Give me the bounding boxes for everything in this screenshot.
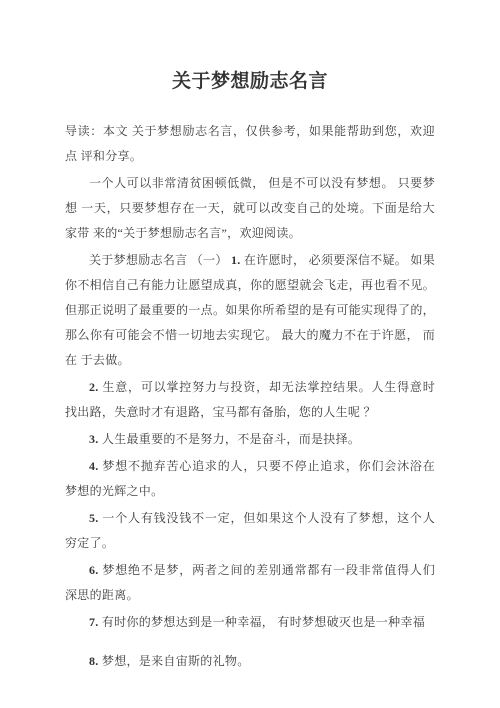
item-number: 2.: [89, 380, 99, 394]
paragraph: 5. 一个人有钱没钱不一定，但如果这个人没有了梦想，这个人 穷定了。: [65, 506, 435, 556]
paragraph-text: 一个人有钱没钱不一定，但如果这个人没有了梦想，这个人 穷定了。: [65, 511, 435, 550]
item-number: 3.: [89, 432, 99, 446]
paragraph: 6. 梦想绝不是梦，两者之间的差别通常都有一段非常值得人们 深思的距离。: [65, 558, 435, 608]
item-number: 5.: [89, 511, 99, 525]
paragraph: 3. 人生最重要的不是努力，不是奋斗，而是抉择。: [65, 427, 435, 452]
paragraph-text: 梦想绝不是梦，两者之间的差别通常都有一段非常值得人们 深思的距离。: [65, 563, 435, 602]
paragraph-lead: 关于梦想励志名言 （一）: [89, 253, 231, 267]
paragraph-text: 在许愿时， 必须要深信不疑。 如果你不相信自己有能力让愿望成真，你的愿望就会飞走…: [65, 253, 435, 367]
item-number: 7.: [89, 615, 99, 629]
document-title: 关于梦想励志名言: [0, 0, 500, 96]
paragraph-text: 一个人可以非常清贫困顿低微， 但是不可以没有梦想。 只要梦想 一天，只要梦想存在…: [65, 176, 435, 240]
paragraph: 导读：本文 关于梦想励志名言，仅供参考，如果能帮助到您，欢迎点 评和分享。: [65, 119, 435, 169]
paragraph-text: 有时你的梦想达到是一种幸福， 有时梦想破灭也是一种幸福: [99, 615, 425, 629]
paragraph-text: 人生最重要的不是努力，不是奋斗，而是抉择。: [99, 432, 361, 446]
item-number: 6.: [89, 563, 99, 577]
paragraph: 4. 梦想不抛弃苦心追求的人，只要不停止追求，你们会沐浴在 梦想的光辉之中。: [65, 454, 435, 504]
paragraph: 关于梦想励志名言 （一） 1. 在许愿时， 必须要深信不疑。 如果你不相信自己有…: [65, 248, 435, 373]
document-page: 关于梦想励志名言 导读：本文 关于梦想励志名言，仅供参考，如果能帮助到您，欢迎点…: [0, 0, 500, 708]
paragraph: 7. 有时你的梦想达到是一种幸福， 有时梦想破灭也是一种幸福: [65, 610, 435, 635]
item-number: 1.: [231, 253, 241, 267]
item-number: 8.: [89, 654, 99, 668]
paragraph-text: 梦想，是来自宙斯的礼物。: [99, 654, 250, 668]
paragraph-text: 导读：本文 关于梦想励志名言，仅供参考，如果能帮助到您，欢迎点 评和分享。: [65, 124, 435, 163]
paragraph: 一个人可以非常清贫困顿低微， 但是不可以没有梦想。 只要梦想 一天，只要梦想存在…: [65, 171, 435, 246]
item-number: 4.: [89, 459, 99, 473]
document-body: 导读：本文 关于梦想励志名言，仅供参考，如果能帮助到您，欢迎点 评和分享。一个人…: [65, 119, 435, 674]
paragraph-text: 生意，可以掌控努力与投资，却无法掌控结果。人生得意时 找出路，失意时才有退路，宝…: [65, 380, 435, 419]
paragraph: 2. 生意，可以掌控努力与投资，却无法掌控结果。人生得意时 找出路，失意时才有退…: [65, 375, 435, 425]
paragraph-text: 梦想不抛弃苦心追求的人，只要不停止追求，你们会沐浴在 梦想的光辉之中。: [65, 459, 435, 498]
paragraph: 8. 梦想，是来自宙斯的礼物。: [65, 649, 435, 674]
